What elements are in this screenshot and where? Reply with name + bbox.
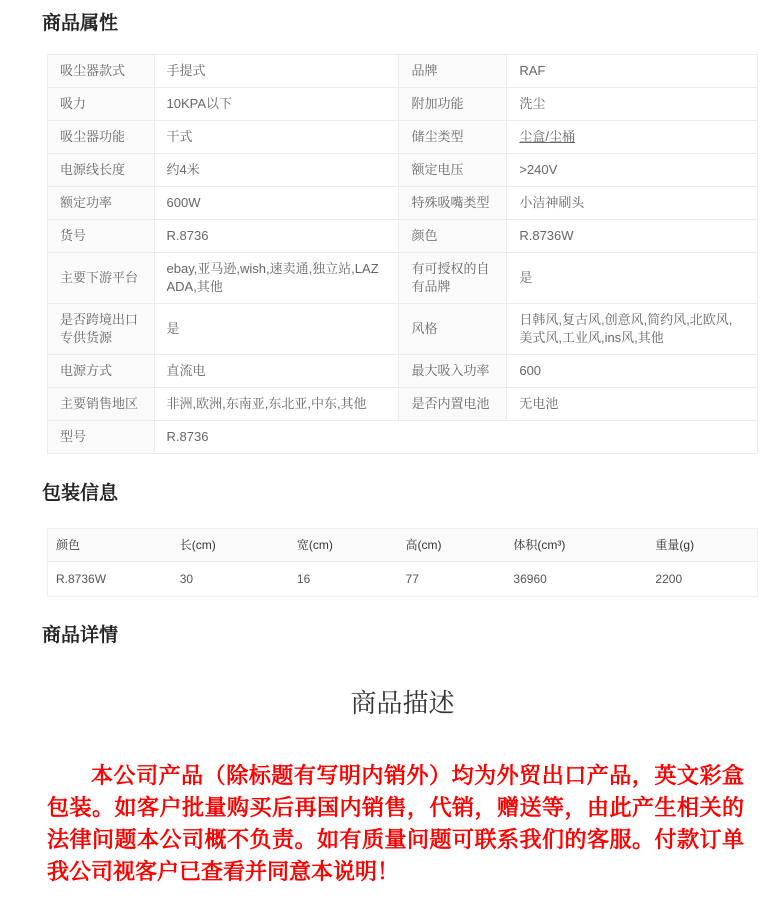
packaging-column-header: 长(cm) xyxy=(172,529,289,562)
product-detail-page: 商品属性 吸尘器款式手提式品牌RAF吸力10KPA以下附加功能洗尘吸尘器功能干式… xyxy=(0,0,778,908)
attr-row: 主要销售地区非洲,欧洲,东南亚,东北亚,中东,其他是否内置电池无电池 xyxy=(48,388,758,421)
attr-value: 手提式 xyxy=(154,55,399,88)
attr-row: 主要下游平台ebay,亚马逊,wish,速卖通,独立站,LAZADA,其他有可授… xyxy=(48,253,758,304)
attr-value: 600W xyxy=(154,187,399,220)
details-section-title: 商品详情 xyxy=(42,625,758,646)
attr-row: 是否跨境出口专供货源是风格日韩风,复古风,创意风,简约风,北欧风,美式风,工业风… xyxy=(48,304,758,355)
attr-value: 约4米 xyxy=(154,154,399,187)
attr-value: 非洲,欧洲,东南亚,东北亚,中东,其他 xyxy=(154,388,399,421)
attr-row: 货号R.8736颜色R.8736W xyxy=(48,220,758,253)
packaging-column-header: 体积(cm³) xyxy=(505,529,647,562)
attributes-table: 吸尘器款式手提式品牌RAF吸力10KPA以下附加功能洗尘吸尘器功能干式储尘类型尘… xyxy=(47,54,758,454)
attr-row: 吸尘器功能干式储尘类型尘盒/尘桶 xyxy=(48,121,758,154)
attr-row: 型号R.8736 xyxy=(48,421,758,454)
attr-label: 型号 xyxy=(48,421,155,454)
attr-value: 是 xyxy=(507,253,758,304)
attr-value-term-link[interactable]: 尘盒/尘桶 xyxy=(519,129,575,144)
attr-row: 额定功率600W特殊吸嘴类型小洁神刷头 xyxy=(48,187,758,220)
attr-label: 颜色 xyxy=(399,220,507,253)
attr-label: 吸尘器款式 xyxy=(48,55,155,88)
attr-value: 直流电 xyxy=(154,355,399,388)
attr-label: 电源线长度 xyxy=(48,154,155,187)
attr-label: 是否内置电池 xyxy=(399,388,507,421)
attr-label: 额定功率 xyxy=(48,187,155,220)
attr-label: 有可授权的自有品牌 xyxy=(399,253,507,304)
attr-label: 附加功能 xyxy=(399,88,507,121)
attr-value: R.8736 xyxy=(154,220,399,253)
product-description-heading: 商品描述 xyxy=(47,686,758,720)
attr-label: 储尘类型 xyxy=(399,121,507,154)
packaging-cell: R.8736W xyxy=(48,562,172,597)
attr-label: 是否跨境出口专供货源 xyxy=(48,304,155,355)
attr-label: 货号 xyxy=(48,220,155,253)
packaging-cell: 2200 xyxy=(647,562,757,597)
attr-value: 干式 xyxy=(154,121,399,154)
attr-value: 洗尘 xyxy=(507,88,758,121)
packaging-cell: 30 xyxy=(172,562,289,597)
attr-label: 额定电压 xyxy=(399,154,507,187)
attr-value: ebay,亚马逊,wish,速卖通,独立站,LAZADA,其他 xyxy=(154,253,399,304)
attr-value: 无电池 xyxy=(507,388,758,421)
attr-row: 电源线长度约4米额定电压>240V xyxy=(48,154,758,187)
packaging-column-header: 高(cm) xyxy=(398,529,506,562)
packaging-column-header: 颜色 xyxy=(48,529,172,562)
attr-label: 吸尘器功能 xyxy=(48,121,155,154)
packaging-column-header: 宽(cm) xyxy=(289,529,398,562)
attr-label: 主要下游平台 xyxy=(48,253,155,304)
attr-value: 小洁神刷头 xyxy=(507,187,758,220)
attr-label: 特殊吸嘴类型 xyxy=(399,187,507,220)
packaging-data-row: R.8736W301677369602200 xyxy=(48,562,758,597)
packaging-column-header: 重量(g) xyxy=(647,529,757,562)
attr-value: RAF xyxy=(507,55,758,88)
attr-row: 吸力10KPA以下附加功能洗尘 xyxy=(48,88,758,121)
attr-value: 10KPA以下 xyxy=(154,88,399,121)
attr-row: 吸尘器款式手提式品牌RAF xyxy=(48,55,758,88)
attr-label: 主要销售地区 xyxy=(48,388,155,421)
packaging-header-row: 颜色长(cm)宽(cm)高(cm)体积(cm³)重量(g) xyxy=(48,529,758,562)
packaging-cell: 77 xyxy=(398,562,506,597)
attr-label: 最大吸入功率 xyxy=(399,355,507,388)
export-notice-text: 本公司产品（除标题有写明内销外）均为外贸出口产品，英文彩盒包装。如客户批量购买后… xyxy=(47,760,744,888)
attr-label: 风格 xyxy=(399,304,507,355)
attributes-section-title: 商品属性 xyxy=(42,13,758,34)
attr-value: R.8736W xyxy=(507,220,758,253)
packaging-cell: 16 xyxy=(289,562,398,597)
attr-value: 600 xyxy=(507,355,758,388)
attr-value: R.8736 xyxy=(154,421,758,454)
packaging-table: 颜色长(cm)宽(cm)高(cm)体积(cm³)重量(g) R.8736W301… xyxy=(47,528,758,597)
attr-label: 品牌 xyxy=(399,55,507,88)
attr-label: 电源方式 xyxy=(48,355,155,388)
attr-value: 日韩风,复古风,创意风,简约风,北欧风,美式风,工业风,ins风,其他 xyxy=(507,304,758,355)
attr-label: 吸力 xyxy=(48,88,155,121)
packaging-cell: 36960 xyxy=(505,562,647,597)
attr-row: 电源方式直流电最大吸入功率600 xyxy=(48,355,758,388)
packaging-section-title: 包装信息 xyxy=(42,483,758,504)
attr-value: 是 xyxy=(154,304,399,355)
attr-value: 尘盒/尘桶 xyxy=(507,121,758,154)
attr-value: >240V xyxy=(507,154,758,187)
